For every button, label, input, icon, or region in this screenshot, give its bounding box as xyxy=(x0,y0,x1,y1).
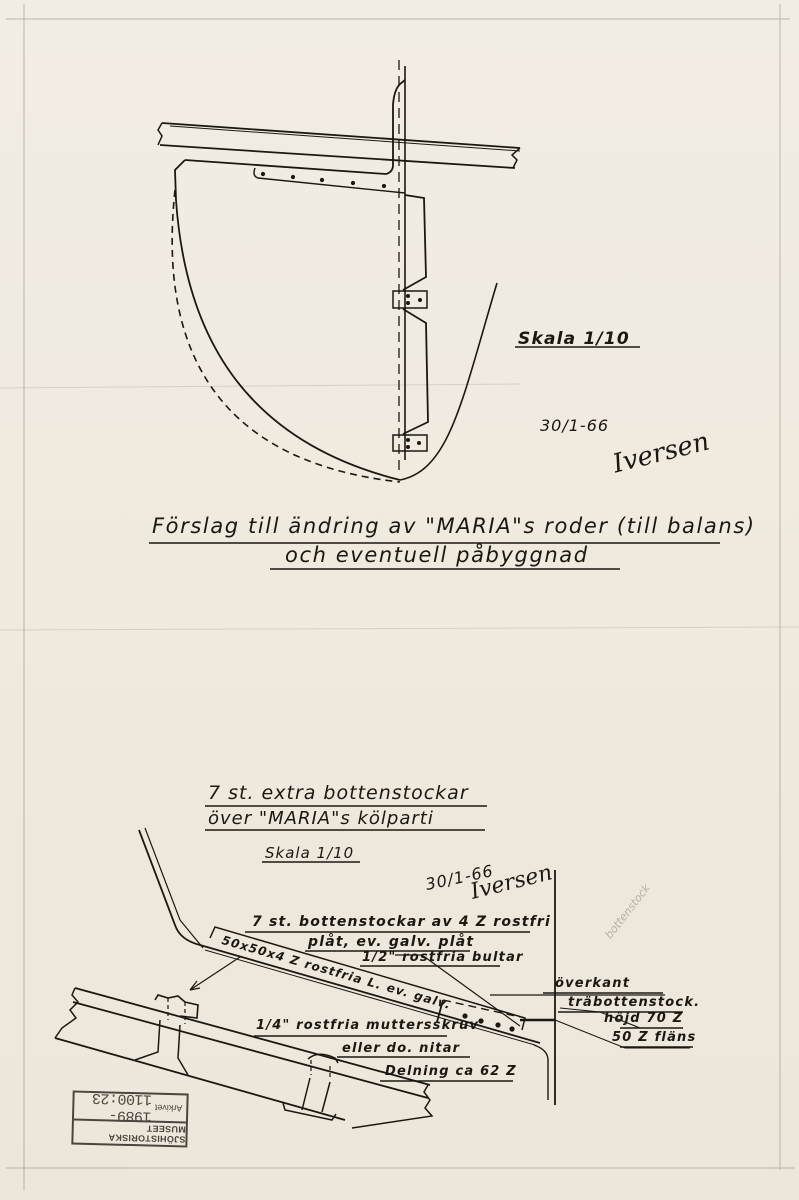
bolts-note: 1/2" rostfria bultar xyxy=(362,950,524,965)
stamp-archive-number: 1989-1100:23 xyxy=(74,1089,152,1125)
upper-date: 30/1-66 xyxy=(540,416,609,435)
stamp-archive-label: Arkivet xyxy=(155,1103,183,1114)
floors-note-line2: plåt, ev. galv. plåt xyxy=(308,934,474,950)
top-edge-note-line2: träbottenstock. xyxy=(568,995,700,1010)
rudder-drawing xyxy=(158,60,520,482)
upper-title-line2: och eventuell påbyggnad xyxy=(285,543,589,567)
stamp-archive-row: Arkivet 1989-1100:23 xyxy=(74,1093,187,1122)
archive-stamp: SJÖHISTORISKA MUSEET Arkivet 1989-1100:2… xyxy=(71,1090,188,1147)
flange-note: 50 Z fläns xyxy=(612,1030,696,1045)
lower-heading-line2: över "MARIA"s kölparti xyxy=(208,808,434,829)
upper-title-line1: Förslag till ändring av "MARIA"s roder (… xyxy=(152,514,756,538)
upper-scale-label: Skala 1/10 xyxy=(518,329,630,349)
height-note: höjd 70 Z xyxy=(604,1011,683,1026)
drawing-sheet: Skala 1/10 30/1-66 Iversen Förslag till … xyxy=(0,0,799,1200)
lower-heading-line1: 7 st. extra bottenstockar xyxy=(208,782,469,804)
rivets-note: eller do. nitar xyxy=(342,1041,460,1056)
top-edge-note-line1: överkant xyxy=(555,976,630,991)
lower-scale-label: Skala 1/10 xyxy=(265,844,354,862)
nut-bolt-note: 1/4" rostfria muttersskruv xyxy=(256,1018,479,1033)
spacing-note: Delning ca 62 Z xyxy=(385,1064,517,1079)
floors-note-line1: 7 st. bottenstockar av 4 Z rostfri xyxy=(252,914,551,930)
